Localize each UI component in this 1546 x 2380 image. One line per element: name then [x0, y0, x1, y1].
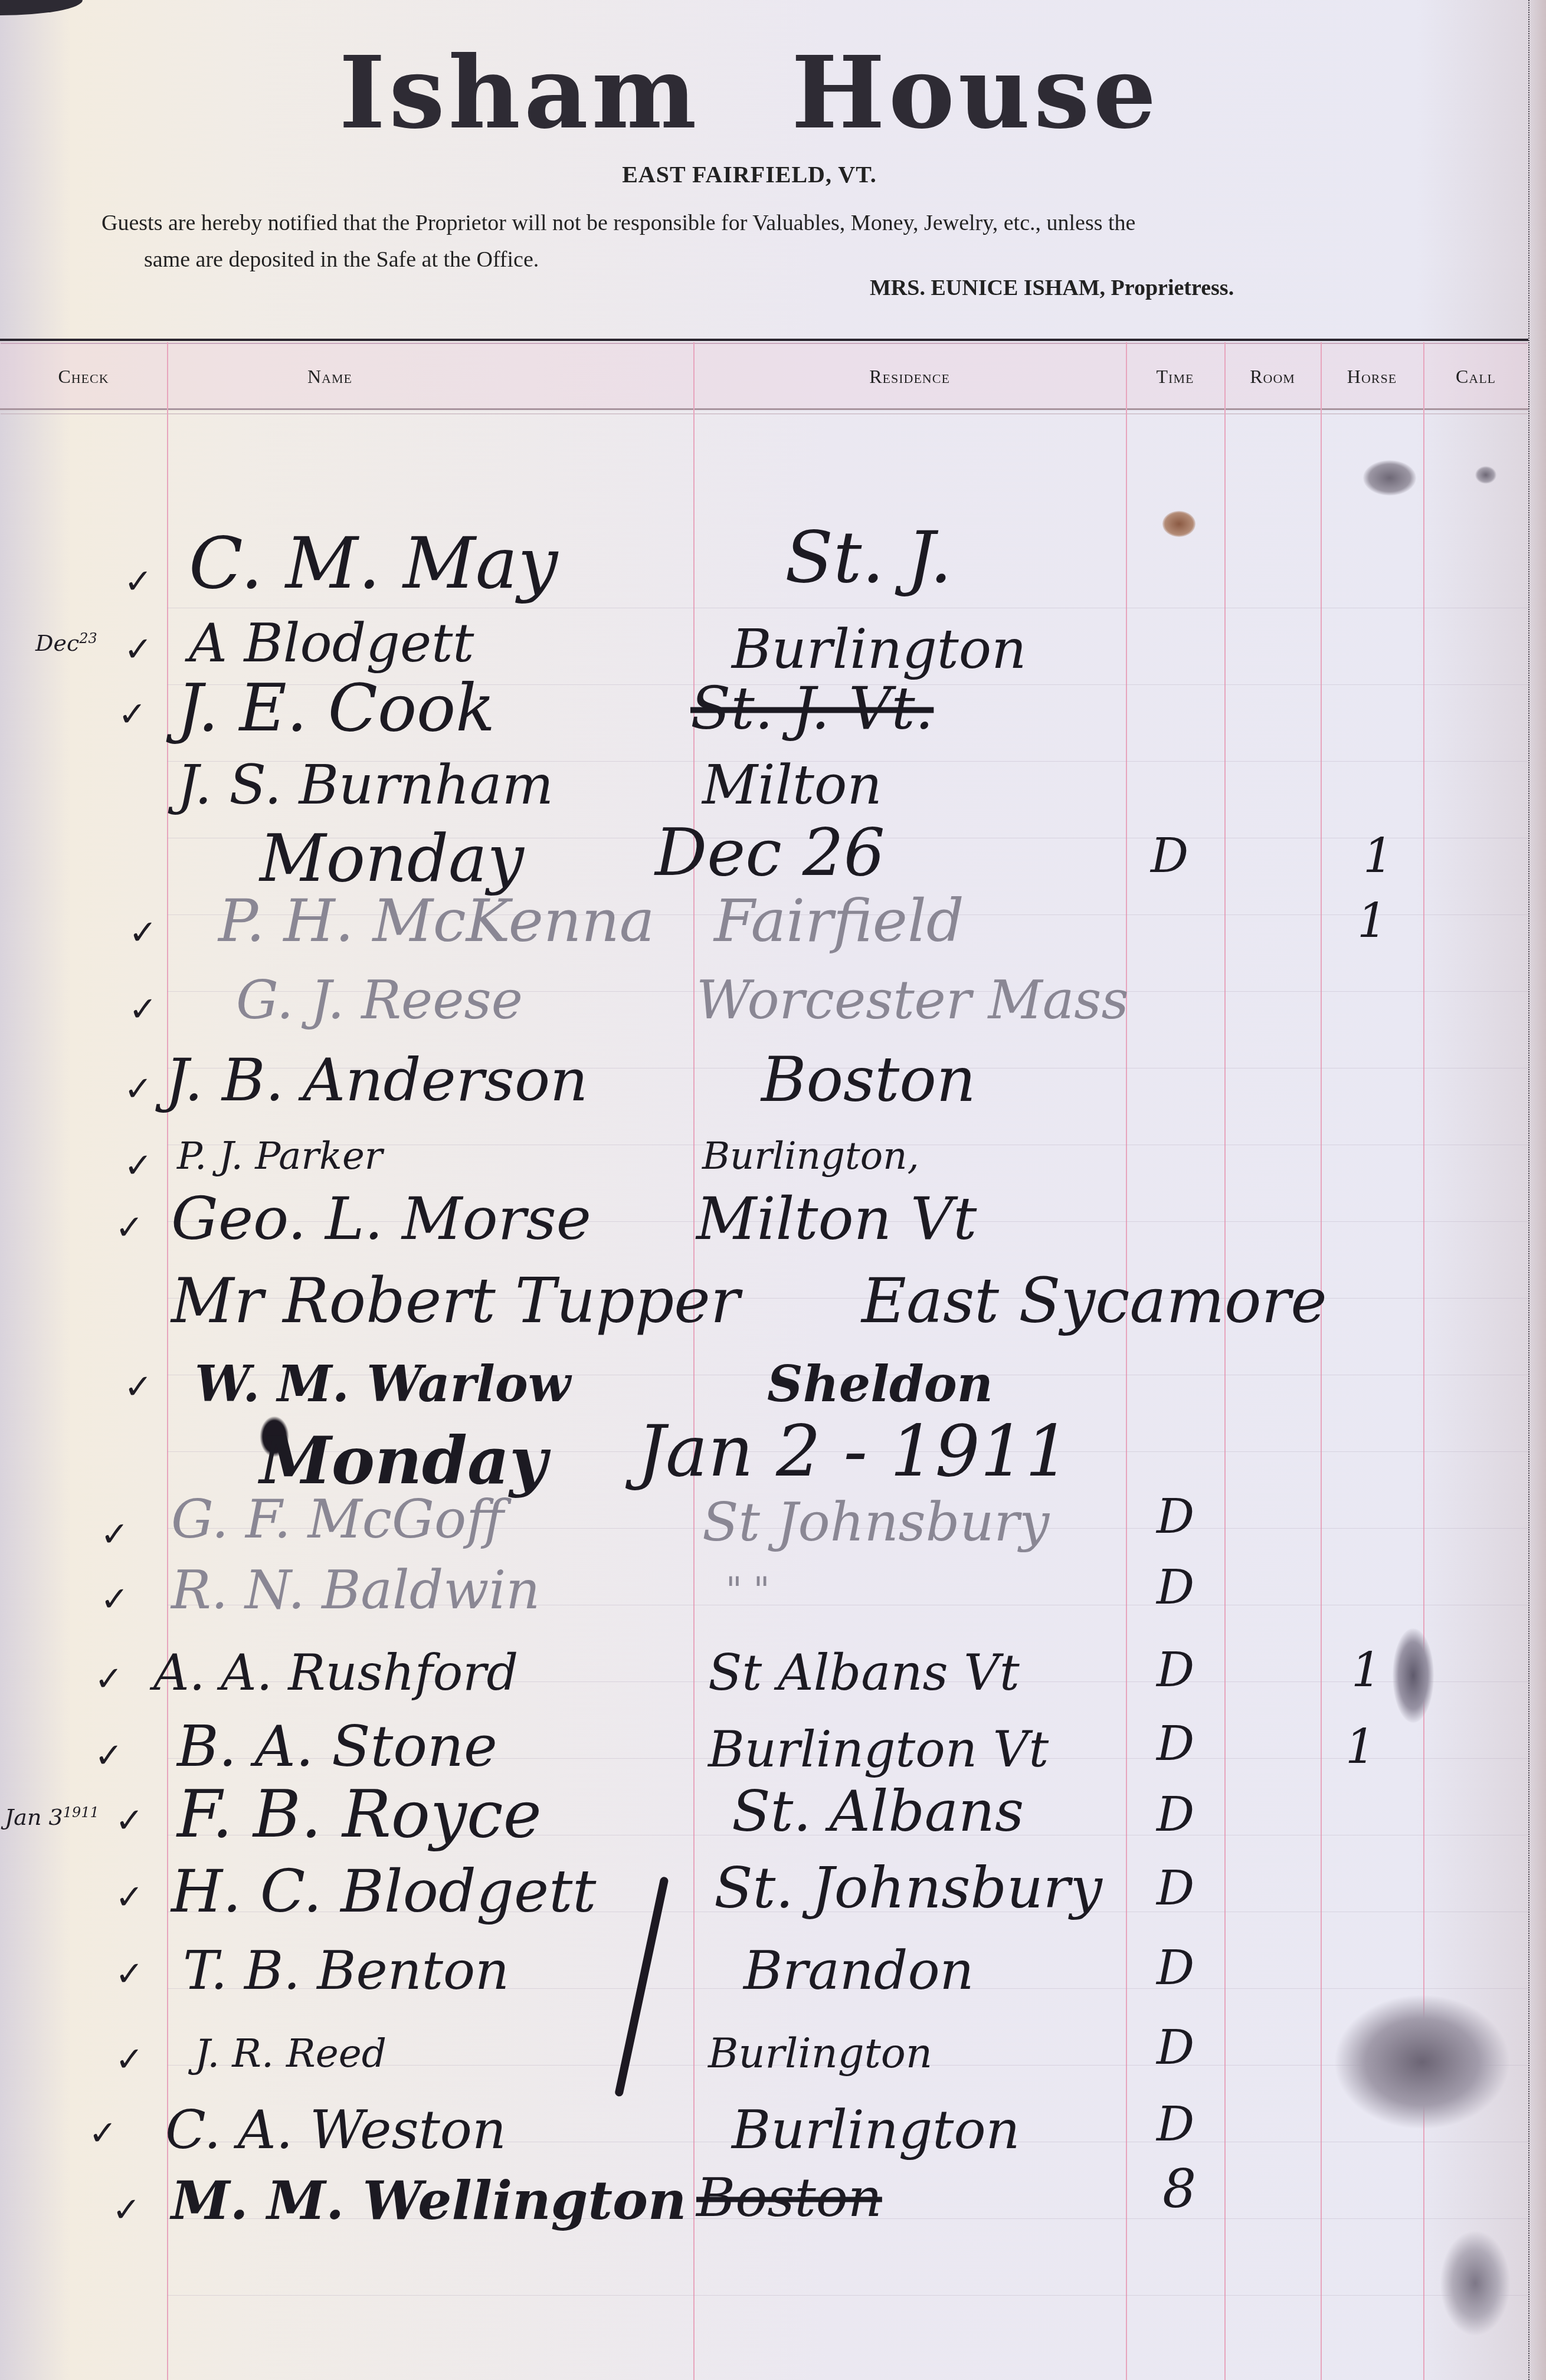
guest-name: A. A. Rushford	[153, 1644, 518, 1702]
column-divider	[693, 342, 695, 2380]
guest-name: P. H. McKenna	[218, 886, 654, 955]
guest-residence: Fairfield	[714, 886, 964, 955]
guest-residence: Burlington	[732, 618, 1026, 681]
guest-name: Mr Robert Tupper	[171, 1265, 740, 1337]
check-mark-icon: ✓	[129, 989, 158, 1029]
guest-residence: St. J.	[785, 517, 952, 599]
column-header-horse: Horse	[1321, 366, 1423, 388]
check-mark-icon: ✓	[124, 561, 153, 601]
column-header-room: Room	[1224, 366, 1321, 388]
ink-stain	[1475, 466, 1496, 484]
horse-count: 1	[1357, 893, 1387, 948]
time-mark: D	[1157, 1940, 1194, 1995]
time-mark: D	[1151, 828, 1188, 883]
check-mark-icon: ✓	[100, 1579, 129, 1619]
date-heading-value: Jan 2 - 1911	[637, 1411, 1070, 1493]
guest-name: B. A. Stone	[177, 1713, 497, 1779]
margin-date-jan-3: Jan 31911	[5, 1804, 99, 1831]
guest-residence: Burlington,	[702, 1135, 919, 1178]
guest-residence: Sheldon	[767, 1355, 993, 1413]
guest-name: F. B. Royce	[177, 1776, 542, 1852]
guest-residence: St. Albans	[732, 1778, 1024, 1844]
guest-name: M. M. Wellington	[171, 2169, 687, 2232]
guest-name: J. S. Burnham	[177, 753, 553, 817]
guest-name: W. M. Warlow	[195, 1355, 571, 1413]
date-heading: Monday	[260, 1422, 547, 1499]
guest-residence: Worcester Mass	[696, 969, 1129, 1031]
time-mark: D	[1157, 1489, 1194, 1544]
header-top-rule	[0, 339, 1528, 341]
guest-name: A Blodgett	[189, 612, 474, 674]
check-mark-icon: ✓	[124, 1366, 153, 1407]
notice-line-2: same are deposited in the Safe at the Of…	[144, 247, 539, 273]
column-header-residence: Residence	[693, 366, 1126, 388]
guest-name: J. B. Anderson	[165, 1045, 588, 1114]
horse-count: 1	[1363, 828, 1393, 883]
page-title: Isham House	[0, 34, 1499, 151]
guest-residence: Boston	[696, 2167, 882, 2229]
time-mark: D	[1157, 1787, 1194, 1842]
column-header-call: Call	[1423, 366, 1528, 388]
check-mark-icon: ✓	[129, 912, 158, 952]
time-mark: D	[1157, 1716, 1194, 1771]
horse-count: 1	[1345, 1719, 1375, 1774]
guest-residence: St Albans Vt	[708, 1644, 1020, 1702]
guest-name: R. N. Baldwin	[171, 1559, 540, 1621]
guest-residence: Milton Vt	[696, 1184, 977, 1253]
time-mark: D	[1157, 1560, 1194, 1615]
column-divider	[167, 342, 168, 2380]
guest-name: P. J. Parker	[177, 1135, 382, 1178]
page-edge	[1528, 0, 1531, 2380]
time-mark: D	[1157, 1861, 1194, 1916]
date-heading-value: Dec 26	[655, 815, 885, 890]
guest-name: G. J. Reese	[236, 969, 523, 1031]
guest-residence: St Johnsbury	[702, 1491, 1049, 1553]
proprietress-line: MRS. EUNICE ISHAM, Proprietress.	[870, 275, 1234, 301]
notice-line-1: Guests are hereby notified that the Prop…	[101, 210, 1135, 236]
time-mark: 8	[1162, 2158, 1196, 2220]
ink-stain	[1440, 2230, 1511, 2336]
column-divider	[1224, 342, 1226, 2380]
guest-name: C. M. May	[189, 523, 558, 605]
horse-count: 1	[1351, 1643, 1381, 1697]
guest-name: Geo. L. Morse	[171, 1184, 591, 1253]
guest-name: C. A. Weston	[165, 2099, 506, 2161]
check-mark-icon: ✓	[89, 2113, 117, 2153]
check-mark-icon: ✓	[118, 694, 147, 734]
column-header-time: Time	[1126, 366, 1224, 388]
guest-name: H. C. Blodgett	[171, 1857, 597, 1926]
column-divider	[1321, 342, 1322, 2380]
check-mark-icon: ✓	[94, 1735, 123, 1775]
guest-residence: Burlington	[708, 2029, 932, 2077]
guest-residence: Burlington Vt	[708, 1720, 1049, 1778]
ink-stain	[1162, 511, 1195, 537]
guest-residence: St. Johnsbury	[714, 1855, 1102, 1921]
check-mark-icon: ✓	[115, 1877, 144, 1917]
check-mark-icon: ✓	[124, 1068, 153, 1109]
column-header-name: Name	[67, 366, 593, 388]
guest-residence: St. J. Vt.	[690, 674, 934, 743]
check-mark-icon: ✓	[94, 1658, 123, 1699]
register-page: Isham House EAST FAIRFIELD, VT. Guests a…	[0, 0, 1546, 2380]
book-binding	[0, 0, 83, 15]
check-mark-icon: ✓	[112, 2189, 141, 2230]
check-mark-icon: ✓	[124, 629, 153, 669]
guest-name: G. F. McGoff	[171, 1489, 504, 1550]
check-mark-icon: ✓	[115, 1800, 144, 1840]
guest-residence: East Sycamore	[862, 1265, 1327, 1337]
column-divider	[1126, 342, 1127, 2380]
time-mark: D	[1157, 2020, 1194, 2075]
check-mark-icon: ✓	[115, 2039, 144, 2079]
guest-residence: Milton	[702, 753, 882, 817]
guest-residence: " "	[726, 1569, 769, 1611]
ink-stain	[1393, 1628, 1434, 1723]
guest-residence: Burlington	[732, 2099, 1020, 2161]
ink-stain	[1363, 460, 1416, 496]
header-bottom-rule	[0, 408, 1528, 410]
guest-residence: Boston	[761, 1044, 976, 1116]
ink-stain	[1334, 1994, 1511, 2130]
time-mark: D	[1157, 2097, 1194, 2152]
time-mark: D	[1157, 1643, 1194, 1697]
check-mark-icon: ✓	[115, 1207, 144, 1247]
check-mark-icon: ✓	[124, 1145, 153, 1185]
margin-date-dec-23: Dec23	[35, 630, 97, 657]
check-mark-icon: ✓	[100, 1514, 129, 1554]
check-mark-icon: ✓	[115, 1953, 144, 1994]
ink-stroke	[614, 1876, 669, 2097]
guest-name: T. B. Benton	[183, 1940, 509, 2002]
guest-name: J. E. Cook	[177, 670, 495, 746]
guest-residence: Brandon	[743, 1940, 974, 2002]
guest-name: J. R. Reed	[195, 2031, 386, 2076]
date-heading: Monday	[260, 821, 524, 896]
location-subtitle: EAST FAIRFIELD, VT.	[0, 160, 1499, 188]
